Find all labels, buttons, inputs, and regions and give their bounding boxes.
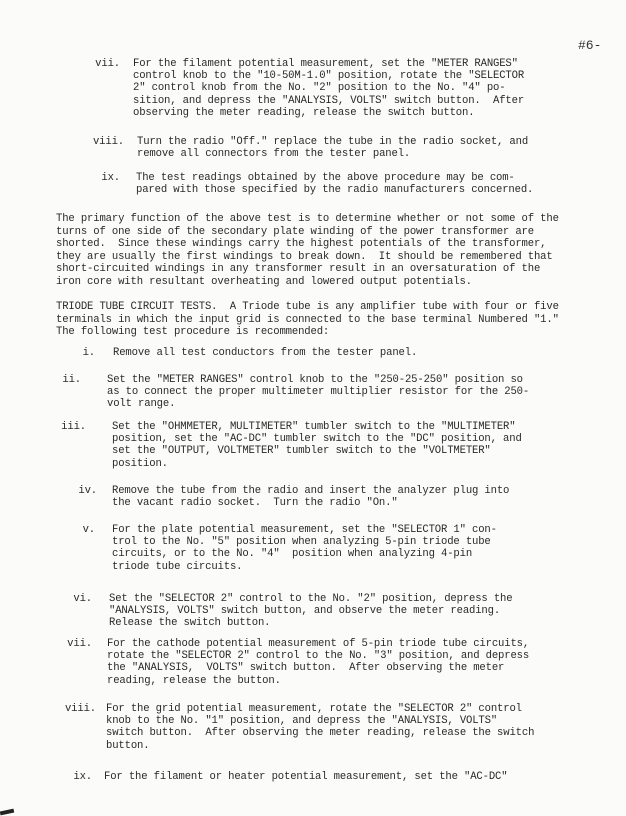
item-numeral: i.: [35, 347, 95, 359]
scan-mark: [0, 809, 14, 816]
body-paragraph: The primary function of the above test i…: [56, 213, 559, 289]
item-numeral: iii.: [26, 421, 86, 433]
section-paragraph: TRIODE TUBE CIRCUIT TESTS. A Triode tube…: [56, 301, 559, 339]
item-text: For the cathode potential measurement of…: [107, 638, 529, 687]
item-numeral: ix.: [60, 172, 120, 184]
page-number: #6-: [578, 38, 601, 53]
item-text: For the grid potential measurement, rota…: [106, 703, 534, 752]
item-text: Turn the radio "Off." replace the tube i…: [137, 136, 528, 160]
document-page: #6- vii.For the filament potential measu…: [0, 0, 626, 816]
item-numeral: vii.: [32, 638, 92, 650]
item-numeral: viii.: [36, 703, 96, 715]
item-text: Set the "METER RANGES" control knob to t…: [107, 374, 529, 411]
item-text: Set the "OHMMETER, MULTIMETER" tumbler s…: [112, 421, 522, 470]
item-numeral: ix.: [32, 771, 92, 783]
item-numeral: v.: [35, 524, 95, 536]
item-text: Set the "SELECTOR 2" control to the No. …: [109, 593, 512, 630]
item-numeral: vii.: [60, 58, 120, 70]
item-numeral: viii.: [64, 136, 124, 148]
item-text: Remove all test conductors from the test…: [113, 347, 417, 359]
item-text: Remove the tube from the radio and inser…: [112, 485, 509, 509]
item-numeral: vi.: [32, 593, 92, 605]
item-text: For the plate potential measurement, set…: [112, 524, 497, 573]
item-numeral: ii.: [21, 374, 81, 386]
item-text: For the filament potential measurement, …: [133, 58, 524, 119]
item-numeral: iv.: [37, 485, 97, 497]
item-text: For the filament or heater potential mea…: [104, 771, 507, 783]
item-text: The test readings obtained by the above …: [136, 172, 533, 196]
